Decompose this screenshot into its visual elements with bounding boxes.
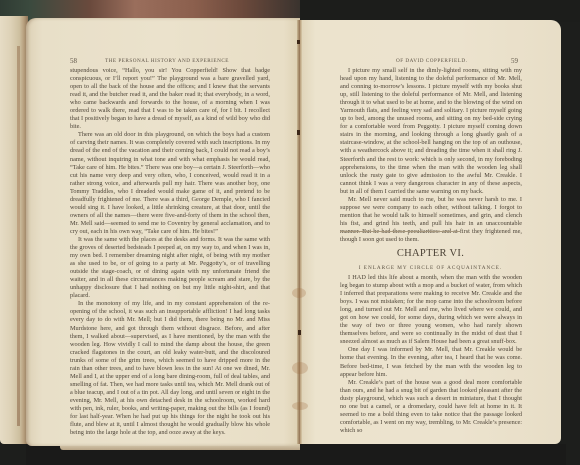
right-page-body: I picture my small self in the dimly-lig… — [340, 67, 522, 244]
paragraph: There was an old door in this playground… — [70, 131, 270, 236]
paragraph: In the monotony of my life, and in my co… — [70, 300, 270, 437]
page-number-left: 58 — [70, 57, 77, 65]
paragraph: Mr. Creakle’s part of the house was a go… — [340, 379, 522, 435]
paragraph: Mr. Mell never said much to me, but he w… — [340, 196, 522, 244]
paragraph: stupendous voice, “Hallo, you sir! You C… — [70, 67, 270, 131]
binding-thread-mark — [297, 40, 300, 44]
paragraph: I HAD led this life about a month, when … — [340, 274, 522, 346]
foxing-stain — [292, 362, 308, 374]
running-header-left: THE PERSONAL HISTORY AND EXPERIENCE — [105, 58, 229, 64]
page-number-right: 59 — [511, 57, 518, 65]
foxing-stain — [292, 288, 306, 298]
book-gutter — [297, 20, 302, 444]
paragraph: It was the same with the places at the d… — [70, 236, 270, 300]
chapter-title: CHAPTER VI. — [300, 248, 561, 259]
paragraph: One day I was informed by Mr. Mell, that… — [340, 346, 522, 378]
chapter-divider — [340, 231, 460, 232]
page-stack-edge — [0, 16, 28, 444]
binding-thread-mark — [298, 330, 301, 335]
running-header-right: OF DAVID COPPERFIELD. — [396, 58, 467, 64]
chapter-subtitle: I ENLARGE MY CIRCLE OF ACQUAINTANCE. — [300, 265, 561, 271]
left-page-body: stupendous voice, “Hallo, you sir! You C… — [70, 67, 270, 437]
binding-thread-mark — [297, 130, 300, 135]
foxing-stain — [292, 402, 308, 410]
dark-background — [300, 0, 580, 22]
chapter-body: I HAD led this life about a month, when … — [340, 274, 522, 435]
paragraph: I picture my small self in the dimly-lig… — [340, 67, 522, 196]
